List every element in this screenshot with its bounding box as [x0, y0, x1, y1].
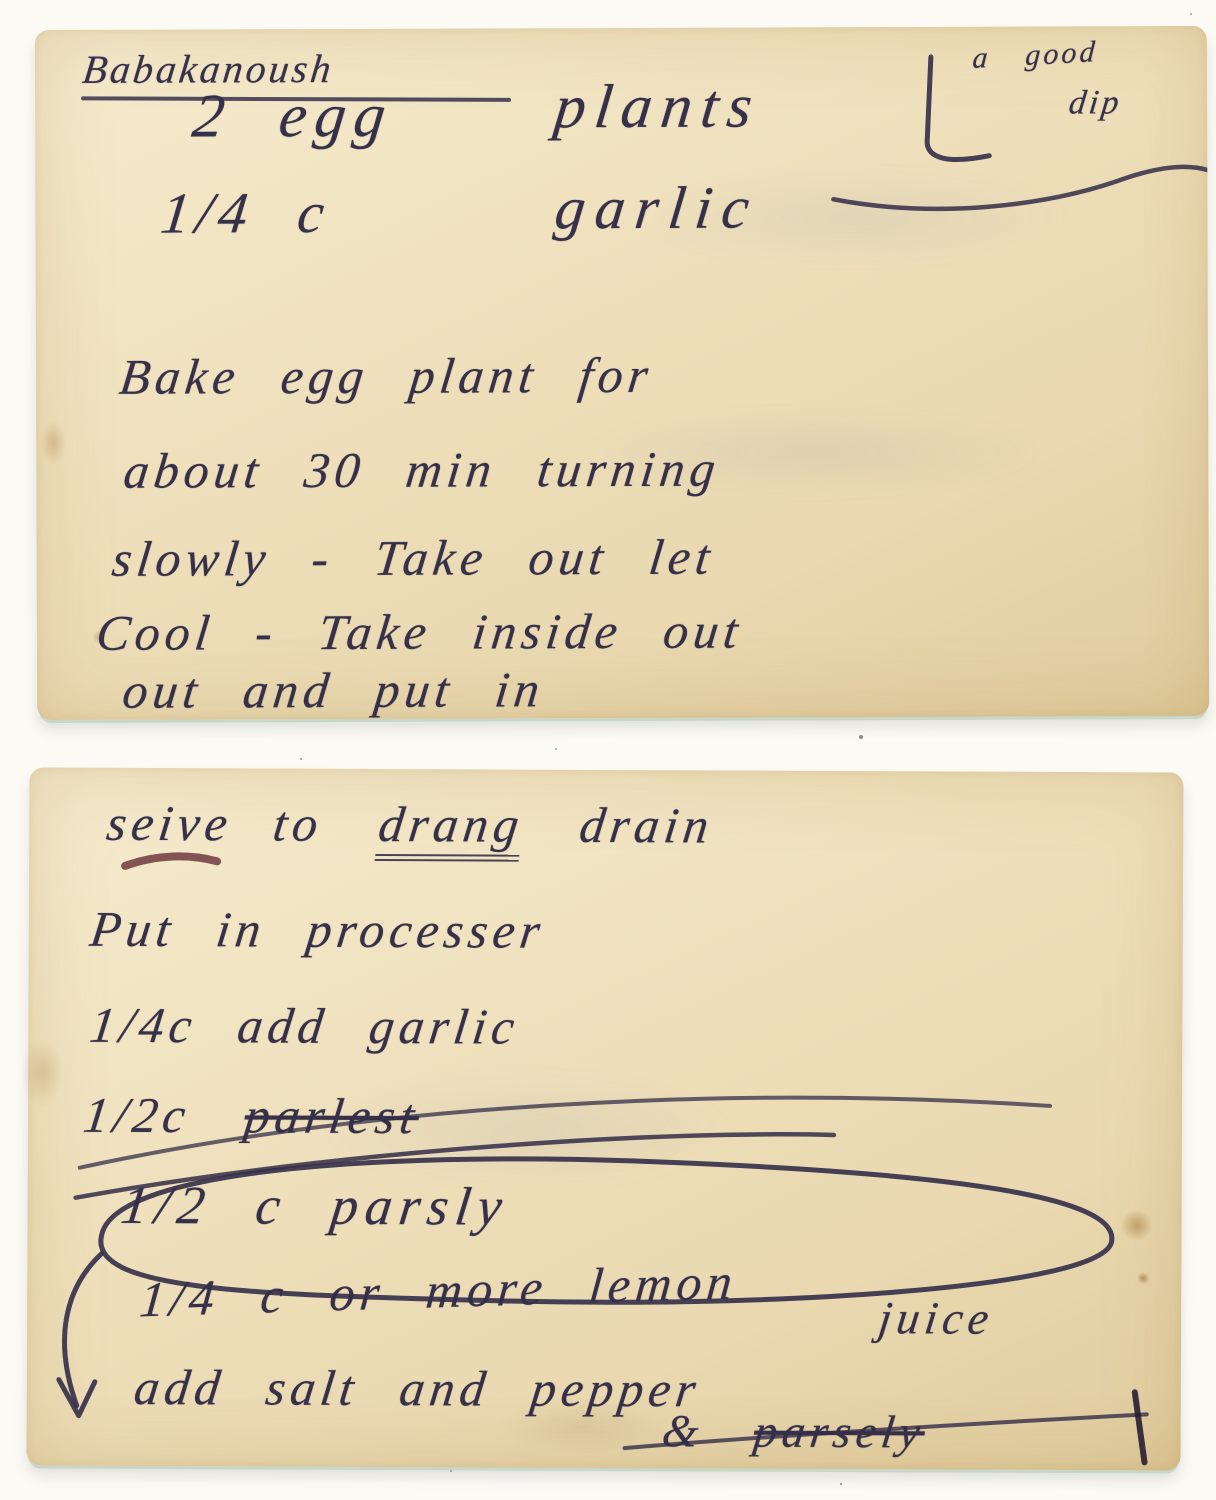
paper-stain [40, 420, 66, 466]
crossed-amount: 1/2c [80, 1087, 193, 1143]
dust-specks [300, 758, 302, 760]
crossed-out-line: 1/2c parlest [80, 1086, 422, 1145]
sieve-underlined-word: drang [374, 796, 527, 862]
corner-note-line2: dip [1067, 84, 1124, 122]
instruction-processor-line: Put in processer [87, 900, 548, 960]
arrow-down-icon [59, 1380, 95, 1416]
instruction-line: about 30 min turning [121, 440, 724, 500]
paper-stain [1119, 1210, 1153, 1240]
ingredient-eggplant-item: plants [551, 71, 765, 143]
corner-note-line1: a good [971, 35, 1098, 76]
instruction-line: Cool - Take inside out [93, 602, 746, 662]
circled-parsley-line: 1/2 c parsly [118, 1174, 513, 1238]
recipe-card-top: Babakanoush 2 egg plants a good dip 1/4 … [35, 26, 1209, 720]
ingredient-eggplant-amount: 2 egg [189, 81, 397, 153]
ampersand: & [659, 1405, 706, 1456]
instruction-sieve-line: seive to drang drain [104, 794, 718, 855]
sieve-pre: seive to [104, 795, 326, 852]
instruction-line: out and put in [120, 660, 548, 719]
arrow-tail-stroke [64, 1254, 101, 1406]
crossed-word: parlest [242, 1087, 423, 1144]
recipe-card-bottom: seive to drang drain Put in processer 1/… [26, 767, 1183, 1470]
instruction-line: slowly - Take out let [109, 528, 718, 588]
crossed-tail-word: parsely [751, 1406, 928, 1458]
ingredient-garlic-line: 1/4c add garlic [87, 996, 523, 1056]
instruction-line: Bake egg plant for [117, 346, 657, 406]
instruction-seasoning-line: add salt and pepper [131, 1358, 704, 1418]
sieve-post: drain [577, 797, 717, 854]
ingredient-garlic-item: garlic [551, 174, 763, 244]
ingredient-lemon-line: 1/4 c or more lemon [137, 1252, 739, 1328]
paper-stain [1137, 1272, 1149, 1284]
scanned-recipe-page: Babakanoush 2 egg plants a good dip 1/4 … [0, 0, 1216, 1500]
ingredient-garlic-amount: 1/4 c [157, 179, 333, 247]
ingredient-lemon-cont: juice [876, 1291, 997, 1344]
crossed-out-tail: & parsely [659, 1404, 928, 1458]
paper-stain [20, 1037, 64, 1107]
pen-tick-stroke [1135, 1392, 1145, 1462]
